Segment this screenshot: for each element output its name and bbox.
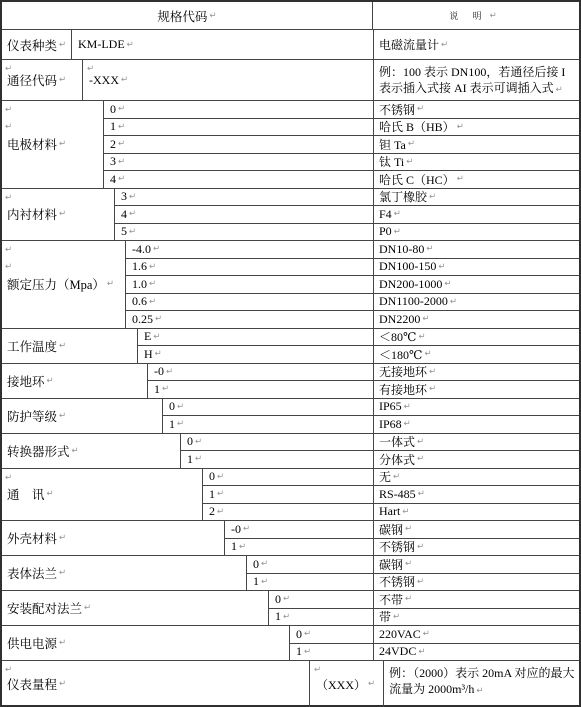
return-mark-icon: ↵ xyxy=(417,454,424,464)
return-mark-icon: ↵ xyxy=(155,349,162,359)
group-diameter-code: ↵通径代码↵ ↵-XXX↵ 例：100 表示 DN100，若通径后接 I 表示插… xyxy=(2,60,579,101)
code-cell: 1↵ xyxy=(148,381,373,398)
group-label: ↵通 讯↵ xyxy=(2,469,203,521)
return-mark-icon: ↵ xyxy=(166,367,173,377)
return-mark-icon: ↵ xyxy=(393,612,400,622)
table-header-row: 规格代码↵ 说 明↵ xyxy=(2,2,579,30)
table-row: 5↵ P0↵ xyxy=(115,223,579,241)
return-mark-icon: ↵ xyxy=(5,190,12,207)
desc-cell: 一体式↵ xyxy=(373,434,579,451)
return-mark-icon: ↵ xyxy=(195,454,202,464)
return-mark-icon: ↵ xyxy=(457,174,464,184)
return-mark-icon: ↵ xyxy=(417,577,424,587)
return-mark-icon: ↵ xyxy=(118,157,125,167)
desc-cell: 钛 Ti↵ xyxy=(373,154,579,171)
desc-cell: 不锈钢↵ xyxy=(373,574,579,591)
return-mark-icon: ↵ xyxy=(450,297,457,307)
code-cell: 4↵ xyxy=(104,171,373,188)
desc-cell: 氯丁橡胶↵ xyxy=(373,189,579,206)
return-mark-icon: ↵ xyxy=(149,297,156,307)
desc-cell: 带↵ xyxy=(373,609,579,626)
return-mark-icon: ↵ xyxy=(118,174,125,184)
return-mark-icon: ↵ xyxy=(239,542,246,552)
desc-cell: 碳钢↵ xyxy=(373,556,579,573)
return-mark-icon: ↵ xyxy=(404,419,411,429)
group-label: 仪表种类↵ xyxy=(2,30,72,59)
table-row: 0↵ IP65↵ xyxy=(163,399,579,416)
table-row: ↵-XXX↵ 例：100 表示 DN100，若通径后接 I 表示插入式接 AI … xyxy=(83,60,579,100)
group-power-supply: 供电电源↵ 0↵ 220VAC↵ 1↵ 24VDC↵ xyxy=(2,626,579,661)
group-communication: ↵通 讯↵ 0↵ 无↵ 1↵ RS-485↵ 2↵ Hart↵ xyxy=(2,469,579,522)
return-mark-icon: ↵ xyxy=(59,209,66,219)
group-label: 接地环↵ xyxy=(2,364,148,398)
return-mark-icon: ↵ xyxy=(418,647,425,657)
return-mark-icon: ↵ xyxy=(217,507,224,517)
return-mark-icon: ↵ xyxy=(417,104,424,114)
return-mark-icon: ↵ xyxy=(153,332,160,342)
code-cell: ↵-XXX↵ xyxy=(83,60,373,100)
code-cell: -4.0↵ xyxy=(126,241,373,258)
return-mark-icon: ↵↵ xyxy=(5,102,12,135)
group-label: 外壳材料↵ xyxy=(2,521,225,555)
return-mark-icon: ↵ xyxy=(441,40,448,50)
return-mark-icon: ↵ xyxy=(243,524,250,534)
return-mark-icon: ↵ xyxy=(438,262,445,272)
return-mark-icon: ↵ xyxy=(177,402,184,412)
code-cell: 0.25↵ xyxy=(126,311,373,328)
return-mark-icon: ↵ xyxy=(121,75,128,85)
code-cell: 0↵ xyxy=(104,101,373,118)
code-cell: 0↵ xyxy=(290,626,373,643)
group-label: ↵↵额定压力（Mpa）↵ xyxy=(2,241,126,328)
return-mark-icon: ↵ xyxy=(59,679,66,689)
return-mark-icon: ↵ xyxy=(556,85,563,95)
desc-cell: F4↵ xyxy=(373,206,579,223)
return-mark-icon: ↵ xyxy=(118,122,125,132)
desc-cell: DN10-80↵ xyxy=(373,241,579,258)
group-electrode-material: ↵↵电极材料↵ 0↵ 不锈钢↵ 1↵ 哈氏 B（HB）↵ 2↵ 钽 Ta↵ 3↵… xyxy=(2,101,579,189)
return-mark-icon: ↵ xyxy=(490,11,503,21)
spec-code-page: 规格代码↵ 说 明↵ 仪表种类↵ KM-LDE↵ 电磁流量计↵ ↵通径代码↵ ↵… xyxy=(0,0,581,707)
group-body-flange: 表体法兰↵ 0↵ 碳钢↵ 1↵ 不锈钢↵ xyxy=(2,556,579,591)
code-cell: 0↵ xyxy=(163,399,373,416)
desc-cell: IP65↵ xyxy=(373,399,579,416)
return-mark-icon: ↵ xyxy=(417,542,424,552)
desc-cell: 例：100 表示 DN100，若通径后接 I 表示插入式接 AI 表示可调插入式… xyxy=(373,60,579,100)
return-mark-icon: ↵ xyxy=(127,40,134,50)
desc-cell: 无接地环↵ xyxy=(373,364,579,381)
table-row: 0↵ 无↵ xyxy=(203,469,579,486)
table-row: 0↵ 不锈钢↵ xyxy=(104,101,579,118)
desc-cell: DN2200↵ xyxy=(373,311,579,328)
group-flow-range: ↵仪表量程↵ ↵（XXX）↵ 例：（2000）表示 20mA 对应的最大流量为 … xyxy=(2,661,579,707)
return-mark-icon: ↵ xyxy=(5,470,12,487)
code-cell: 2↵ xyxy=(203,504,373,521)
return-mark-icon: ↵ xyxy=(423,629,430,639)
table-row: 3↵ 钛 Ti↵ xyxy=(104,153,579,171)
group-converter-type: 转换器形式↵ 0↵ 一体式↵ 1↵ 分体式↵ xyxy=(2,434,579,469)
group-working-temperature: 工作温度↵ E↵ ＜80℃↵ H↵ ＜180℃↵ xyxy=(2,329,579,364)
code-cell: 0↵ xyxy=(203,469,373,486)
code-cell: 1↵ xyxy=(104,119,373,136)
return-mark-icon: ↵ xyxy=(129,209,136,219)
group-protection-class: 防护等级↵ 0↵ IP65↵ 1↵ IP68↵ xyxy=(2,399,579,434)
table-row: 1↵ 分体式↵ xyxy=(181,450,579,468)
group-label: ↵内衬材料↵ xyxy=(2,189,115,241)
desc-cell: 24VDC↵ xyxy=(373,644,579,661)
code-cell: H↵ xyxy=(138,346,373,363)
table-row: 1↵ 24VDC↵ xyxy=(290,643,579,661)
return-mark-icon: ↵ xyxy=(405,594,412,604)
return-mark-icon: ↵ xyxy=(394,227,401,237)
desc-cell: 不锈钢↵ xyxy=(373,539,579,556)
return-mark-icon: ↵ xyxy=(426,244,433,254)
return-mark-icon: ↵ xyxy=(418,489,425,499)
return-mark-icon: ↵ xyxy=(314,662,321,679)
table-row: -0↵ 碳钢↵ xyxy=(225,521,579,538)
group-label: 工作温度↵ xyxy=(2,329,138,363)
header-spec-code: 规格代码↵ xyxy=(2,2,372,29)
table-row: 1↵ 哈氏 B（HB）↵ xyxy=(104,118,579,136)
code-cell: E↵ xyxy=(138,329,373,346)
table-row: 0.6↵ DN1100-2000↵ xyxy=(126,293,579,311)
table-row: 1↵ 有接地环↵ xyxy=(148,380,579,398)
return-mark-icon: ↵ xyxy=(429,192,436,202)
return-mark-icon: ↵ xyxy=(129,192,136,202)
return-mark-icon: ↵ xyxy=(217,472,224,482)
return-mark-icon: ↵ xyxy=(72,446,79,456)
group-label: 安装配对法兰↵ xyxy=(2,591,269,625)
desc-cell: 220VAC↵ xyxy=(373,626,579,643)
table-row: 0↵ 一体式↵ xyxy=(181,434,579,451)
return-mark-icon: ↵ xyxy=(261,559,268,569)
code-cell: 0↵ xyxy=(181,434,373,451)
code-cell: 1↵ xyxy=(225,539,373,556)
header-description: 说 明↵ xyxy=(372,2,579,29)
table-row: E↵ ＜80℃↵ xyxy=(138,329,579,346)
return-mark-icon: ↵ xyxy=(405,524,412,534)
return-mark-icon: ↵ xyxy=(47,489,54,499)
code-cell: 0.6↵ xyxy=(126,294,373,311)
table-row: -0↵ 无接地环↵ xyxy=(148,364,579,381)
desc-cell: 分体式↵ xyxy=(373,451,579,468)
code-cell: 5↵ xyxy=(115,224,373,241)
return-mark-icon: ↵ xyxy=(394,209,401,219)
return-mark-icon: ↵ xyxy=(217,489,224,499)
return-mark-icon: ↵ xyxy=(402,507,409,517)
code-cell: KM-LDE↵ xyxy=(72,30,373,59)
desc-cell: P0↵ xyxy=(373,224,579,241)
group-label: ↵通径代码↵ xyxy=(2,60,83,100)
group-mating-flange: 安装配对法兰↵ 0↵ 不带↵ 1↵ 带↵ xyxy=(2,591,579,626)
return-mark-icon: ↵ xyxy=(149,279,156,289)
group-housing-material: 外壳材料↵ -0↵ 碳钢↵ 1↵ 不锈钢↵ xyxy=(2,521,579,556)
table-row: KM-LDE↵ 电磁流量计↵ xyxy=(72,30,579,59)
table-row: 2↵ Hart↵ xyxy=(203,503,579,521)
return-mark-icon: ↵ xyxy=(418,332,425,342)
code-cell: 1↵ xyxy=(203,486,373,503)
code-cell: 3↵ xyxy=(104,154,373,171)
return-mark-icon: ↵ xyxy=(47,376,54,386)
return-mark-icon: ↵ xyxy=(177,419,184,429)
code-cell: 1.6↵ xyxy=(126,259,373,276)
code-cell: -0↵ xyxy=(148,364,373,381)
table-row: 1.0↵ DN200-1000↵ xyxy=(126,275,579,293)
return-mark-icon: ↵ xyxy=(444,279,451,289)
return-mark-icon: ↵ xyxy=(59,40,66,50)
return-mark-icon: ↵ xyxy=(209,11,216,21)
return-mark-icon: ↵ xyxy=(118,104,125,114)
return-mark-icon: ↵↵ xyxy=(5,242,12,275)
table-row: 1↵ 不锈钢↵ xyxy=(225,538,579,556)
return-mark-icon: ↵ xyxy=(129,227,136,237)
return-mark-icon: ↵ xyxy=(304,647,311,657)
return-mark-icon: ↵ xyxy=(87,61,94,78)
desc-cell: 例：（2000）表示 20mA 对应的最大流量为 2000m³/h↵ xyxy=(383,661,581,707)
table-row: 1↵ RS-485↵ xyxy=(203,485,579,503)
table-row: 1↵ IP68↵ xyxy=(163,415,579,433)
code-cell: 1↵ xyxy=(181,451,373,468)
table-row: 4↵ 哈氏 C（HC）↵ xyxy=(104,170,579,188)
desc-cell: RS-485↵ xyxy=(373,486,579,503)
desc-cell: 钽 Ta↵ xyxy=(373,136,579,153)
return-mark-icon: ↵ xyxy=(406,157,413,167)
return-mark-icon: ↵ xyxy=(417,437,424,447)
return-mark-icon: ↵ xyxy=(5,61,12,78)
code-cell: ↵（XXX）↵ xyxy=(310,661,383,707)
desc-cell: 碳钢↵ xyxy=(373,521,579,538)
code-cell: 4↵ xyxy=(115,206,373,223)
desc-cell: ＜180℃↵ xyxy=(373,346,579,363)
return-mark-icon: ↵ xyxy=(5,662,12,679)
code-cell: -0↵ xyxy=(225,521,373,538)
group-instrument-type: 仪表种类↵ KM-LDE↵ 电磁流量计↵ xyxy=(2,30,579,60)
code-cell: 1↵ xyxy=(163,416,373,433)
code-cell: 3↵ xyxy=(115,189,373,206)
desc-cell: Hart↵ xyxy=(373,504,579,521)
group-rated-pressure: ↵↵额定压力（Mpa）↵ -4.0↵ DN10-80↵ 1.6↵ DN100-1… xyxy=(2,241,579,329)
table-row: 1↵ 带↵ xyxy=(269,608,579,626)
group-grounding-ring: 接地环↵ -0↵ 无接地环↵ 1↵ 有接地环↵ xyxy=(2,364,579,399)
return-mark-icon: ↵ xyxy=(304,629,311,639)
desc-cell: 哈氏 C（HC）↵ xyxy=(373,171,579,188)
table-row: 1.6↵ DN100-150↵ xyxy=(126,258,579,276)
group-lining-material: ↵内衬材料↵ 3↵ 氯丁橡胶↵ 4↵ F4↵ 5↵ P0↵ xyxy=(2,189,579,242)
return-mark-icon: ↵ xyxy=(59,533,66,543)
return-mark-icon: ↵ xyxy=(422,314,429,324)
code-cell: 0↵ xyxy=(247,556,373,573)
code-cell: 1.0↵ xyxy=(126,276,373,293)
desc-cell: DN200-1000↵ xyxy=(373,276,579,293)
return-mark-icon: ↵ xyxy=(429,367,436,377)
return-mark-icon: ↵ xyxy=(368,679,375,689)
group-label: 供电电源↵ xyxy=(2,626,290,660)
desc-cell: 不锈钢↵ xyxy=(373,101,579,118)
code-cell: 1↵ xyxy=(247,574,373,591)
table-row: 4↵ F4↵ xyxy=(115,205,579,223)
table-row: 0↵ 不带↵ xyxy=(269,591,579,608)
return-mark-icon: ↵ xyxy=(408,139,415,149)
return-mark-icon: ↵ xyxy=(155,314,162,324)
return-mark-icon: ↵ xyxy=(107,279,114,289)
code-cell: 1↵ xyxy=(290,644,373,661)
return-mark-icon: ↵ xyxy=(429,384,436,394)
table-row: ↵（XXX）↵ 例：（2000）表示 20mA 对应的最大流量为 2000m³/… xyxy=(310,661,581,707)
return-mark-icon: ↵ xyxy=(59,341,66,351)
desc-cell: 电磁流量计↵ xyxy=(373,30,579,59)
return-mark-icon: ↵ xyxy=(195,437,202,447)
group-label: 转换器形式↵ xyxy=(2,434,181,468)
table-row: 0↵ 碳钢↵ xyxy=(247,556,579,573)
return-mark-icon: ↵ xyxy=(283,594,290,604)
desc-cell: 哈氏 B（HB）↵ xyxy=(373,119,579,136)
desc-cell: IP68↵ xyxy=(373,416,579,433)
group-label: 表体法兰↵ xyxy=(2,556,247,590)
return-mark-icon: ↵ xyxy=(84,603,91,613)
return-mark-icon: ↵ xyxy=(393,472,400,482)
return-mark-icon: ↵ xyxy=(424,349,431,359)
return-mark-icon: ↵ xyxy=(59,568,66,578)
desc-cell: 无↵ xyxy=(373,469,579,486)
return-mark-icon: ↵ xyxy=(283,612,290,622)
return-mark-icon: ↵ xyxy=(118,139,125,149)
group-label: ↵↵电极材料↵ xyxy=(2,101,104,188)
return-mark-icon: ↵ xyxy=(59,638,66,648)
table-row: 0↵ 220VAC↵ xyxy=(290,626,579,643)
desc-cell: DN100-150↵ xyxy=(373,259,579,276)
desc-cell: DN1100-2000↵ xyxy=(373,294,579,311)
code-cell: 0↵ xyxy=(269,591,373,608)
return-mark-icon: ↵ xyxy=(405,559,412,569)
return-mark-icon: ↵ xyxy=(149,262,156,272)
return-mark-icon: ↵ xyxy=(59,75,66,85)
table-row: -4.0↵ DN10-80↵ xyxy=(126,241,579,258)
return-mark-icon: ↵ xyxy=(261,577,268,587)
table-row: 1↵ 不锈钢↵ xyxy=(247,573,579,591)
code-cell: 2↵ xyxy=(104,136,373,153)
table-row: H↵ ＜180℃↵ xyxy=(138,345,579,363)
table-row: 0.25↵ DN2200↵ xyxy=(126,310,579,328)
return-mark-icon: ↵ xyxy=(476,686,483,696)
return-mark-icon: ↵ xyxy=(153,244,160,254)
table-row: 3↵ 氯丁橡胶↵ xyxy=(115,189,579,206)
group-label: ↵仪表量程↵ xyxy=(2,661,310,707)
return-mark-icon: ↵ xyxy=(162,384,169,394)
desc-cell: 不带↵ xyxy=(373,591,579,608)
code-cell: 1↵ xyxy=(269,609,373,626)
desc-cell: ＜80℃↵ xyxy=(373,329,579,346)
return-mark-icon: ↵ xyxy=(59,139,66,149)
spec-code-table: 规格代码↵ 说 明↵ 仪表种类↵ KM-LDE↵ 电磁流量计↵ ↵通径代码↵ ↵… xyxy=(0,0,581,707)
return-mark-icon: ↵ xyxy=(404,402,411,412)
table-row: 2↵ 钽 Ta↵ xyxy=(104,135,579,153)
desc-cell: 有接地环↵ xyxy=(373,381,579,398)
return-mark-icon: ↵ xyxy=(457,122,464,132)
return-mark-icon: ↵ xyxy=(59,411,66,421)
group-label: 防护等级↵ xyxy=(2,399,163,433)
